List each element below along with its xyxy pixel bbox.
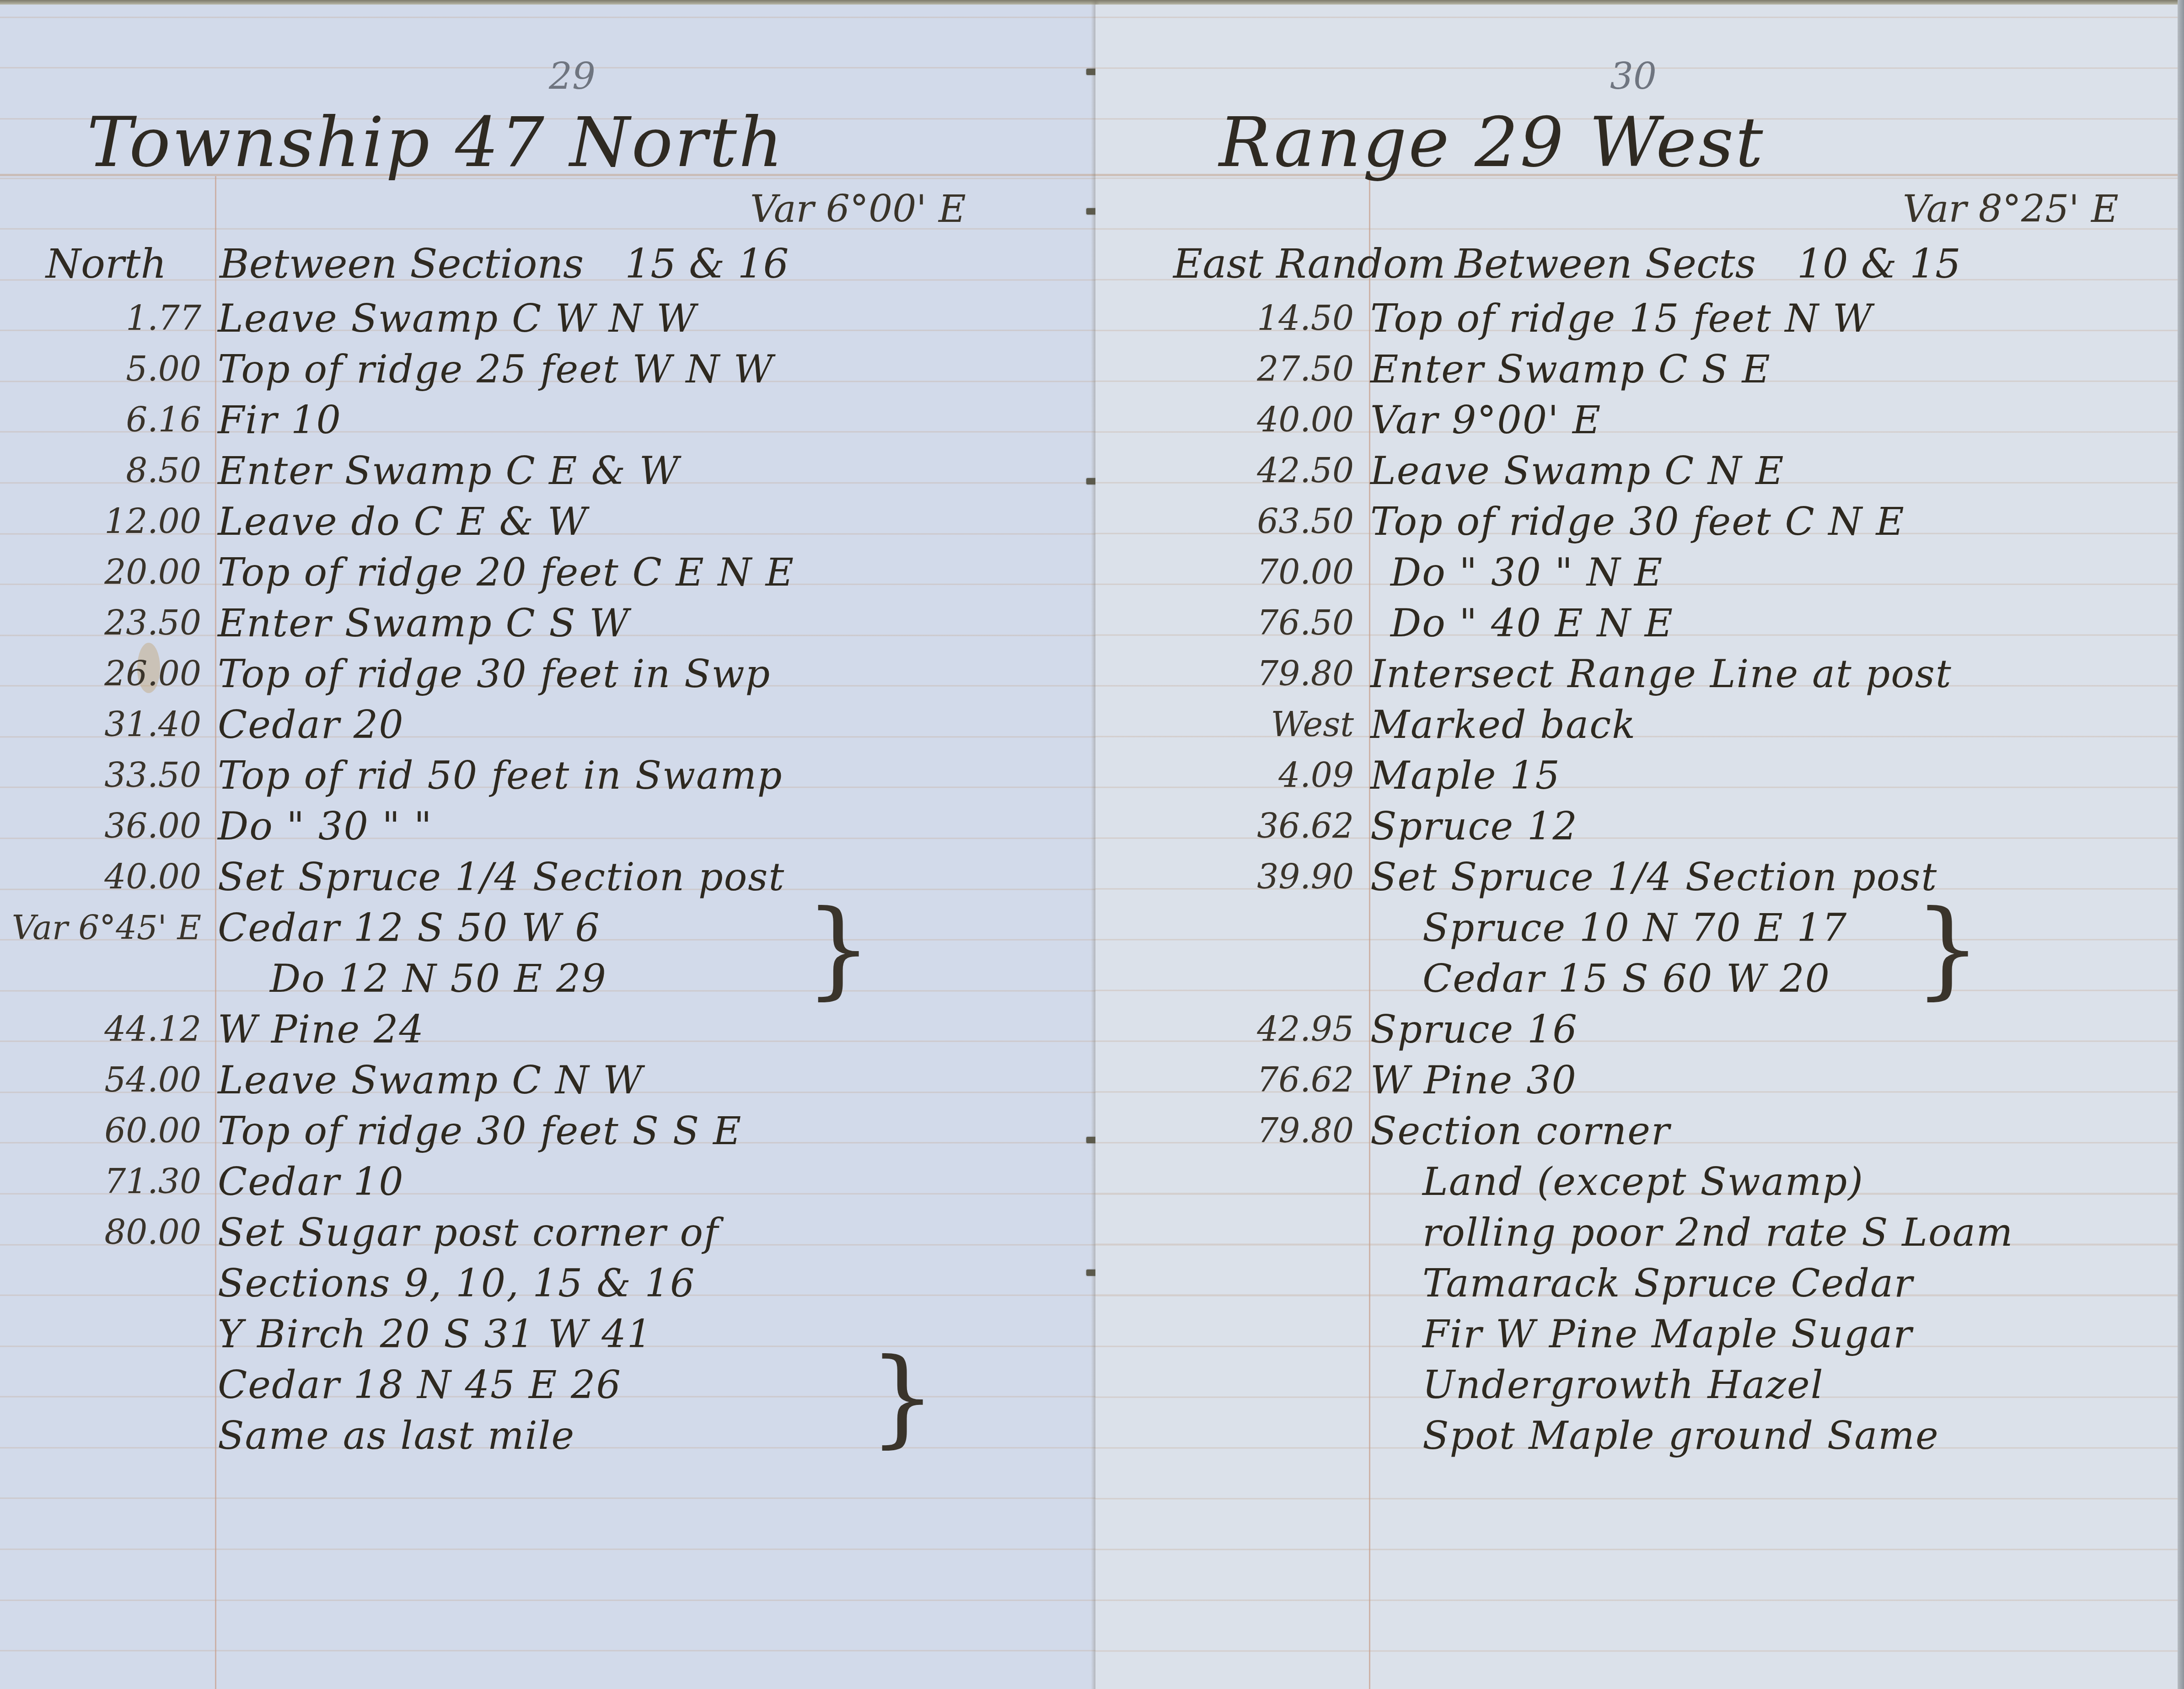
entry-note: Y Birch 20 S 31 W 41: [218, 1312, 652, 1356]
entry-note: Section corner: [1370, 1108, 1670, 1153]
summary-line: Fir W Pine Maple Sugar: [1095, 1308, 2178, 1359]
notebook-spread: 29 Township 47 North Var 6°00' E North B…: [0, 0, 2184, 1689]
entry-row: 8.50Enter Swamp C E & W: [0, 445, 1095, 496]
entry-note: Sections 9, 10, 15 & 16: [218, 1261, 695, 1306]
entry-distance: 12.00: [0, 502, 201, 541]
entry-distance: 44.12: [0, 1010, 201, 1049]
entry-distance: 40.00: [0, 857, 201, 897]
entries-list: 1.77Leave Swamp C W N W 5.00Top of ridge…: [0, 293, 1095, 1461]
entry-note: Cedar 20: [218, 702, 404, 747]
entry-distance: 20.00: [0, 553, 201, 592]
entry-row: 14.50Top of ridge 15 feet N W: [1095, 293, 2178, 344]
entry-note: Marked back: [1370, 702, 1636, 747]
entry-note: Enter Swamp C E & W: [218, 448, 680, 493]
left-page: 29 Township 47 North Var 6°00' E North B…: [0, 5, 1095, 1689]
entry-row: 27.50Enter Swamp C S E: [1095, 344, 2178, 394]
entry-row: 70.00Do " 30 " N E: [1095, 547, 2178, 597]
entry-distance: 36.00: [0, 807, 201, 846]
entry-distance: 39.90: [1095, 857, 1354, 897]
entry-note: Leave Swamp C N E: [1370, 448, 1785, 493]
entry-row: 60.00Top of ridge 30 feet S S E: [0, 1105, 1095, 1156]
page-heading: Township 47 North: [87, 103, 785, 183]
entry-distance: 36.62: [1095, 807, 1354, 846]
entry-row: 23.50Enter Swamp C S W: [0, 597, 1095, 648]
entry-row: 63.50Top of ridge 30 feet C N E: [1095, 496, 2178, 547]
entry-row: 12.00Leave do C E & W: [0, 496, 1095, 547]
entry-note: Same as last mile: [218, 1413, 575, 1458]
entry-distance: 6.16: [0, 400, 201, 440]
summary-line: rolling poor 2nd rate S Loam: [1095, 1207, 2178, 1258]
entry-row: 79.80Section corner: [1095, 1105, 2178, 1156]
entry-direction-label: West: [1095, 705, 1354, 744]
summary-text: rolling poor 2nd rate S Loam: [1422, 1210, 2013, 1255]
entry-distance: 54.00: [0, 1060, 201, 1100]
entry-distance: 33.50: [0, 756, 201, 795]
entry-row: 80.00Set Sugar post corner of: [0, 1207, 1095, 1258]
entry-note: Set Spruce 1/4 Section post: [218, 855, 785, 899]
bearing-tree-brace: }: [805, 897, 872, 1002]
entry-row: 1.77Leave Swamp C W N W: [0, 293, 1095, 344]
entry-row: 76.50Do " 40 E N E: [1095, 597, 2178, 648]
entry-note: Top of ridge 30 feet S S E: [218, 1108, 742, 1153]
entry-note: Top of ridge 30 feet C N E: [1370, 499, 1905, 544]
entry-row: 6.16Fir 10: [0, 394, 1095, 445]
entry-row: 4.09Maple 15: [1095, 750, 2178, 801]
entry-note: Do " 40 E N E: [1390, 601, 1674, 645]
entry-distance: 42.95: [1095, 1010, 1354, 1049]
line-direction: East Random: [1173, 240, 1445, 287]
entry-row: 5.00Top of ridge 25 feet W N W: [0, 344, 1095, 394]
entry-distance: 42.50: [1095, 451, 1354, 490]
entry-note: Intersect Range Line at post: [1370, 651, 1952, 696]
entry-row: 40.00Set Spruce 1/4 Section post: [0, 851, 1095, 902]
entry-row: 42.95Spruce 16: [1095, 1004, 2178, 1054]
entries-list: 14.50Top of ridge 15 feet N W 27.50Enter…: [1095, 293, 2178, 1461]
entry-distance: 79.80: [1095, 1111, 1354, 1151]
entry-distance: 80.00: [0, 1213, 201, 1252]
entry-row: 33.50Top of rid 50 feet in Swamp: [0, 750, 1095, 801]
entry-note: Fir 10: [218, 398, 342, 442]
summary-line: Spot Maple ground Same: [1095, 1410, 2178, 1461]
entry-row: Cedar 15 S 60 W 20: [1095, 953, 2178, 1004]
entry-note: Cedar 12 S 50 W 6: [218, 905, 601, 950]
bearing-tree-brace: }: [1914, 897, 1981, 1002]
line-description: Between Sects: [1454, 240, 1755, 287]
line-header: East Random Between Sects 10 & 15: [1173, 240, 1961, 287]
entry-row: 40.00Var 9°00' E: [1095, 394, 2178, 445]
entry-note: Leave Swamp C W N W: [218, 296, 697, 341]
entry-note: Cedar 15 S 60 W 20: [1422, 956, 1830, 1001]
entry-note: Leave do C E & W: [218, 499, 588, 544]
entry-row: 79.80Intersect Range Line at post: [1095, 648, 2178, 699]
entry-row: 26.00Top of ridge 30 feet in Swp: [0, 648, 1095, 699]
entry-row: 42.50Leave Swamp C N E: [1095, 445, 2178, 496]
entry-distance: 71.30: [0, 1162, 201, 1201]
entry-note: Set Spruce 1/4 Section post: [1370, 855, 1937, 899]
summary-text: Fir W Pine Maple Sugar: [1422, 1312, 1913, 1356]
entry-note: Spruce 12: [1370, 804, 1578, 849]
entry-note: Var 9°00' E: [1370, 398, 1601, 442]
entry-variation-label: Var 6°45' E: [0, 909, 201, 947]
line-sections: 15 & 16: [625, 240, 789, 287]
entry-row: Var 6°45' ECedar 12 S 50 W 6: [0, 902, 1095, 953]
entry-distance: 14.50: [1095, 299, 1354, 338]
compass-variation: Var 8°25' E: [1903, 188, 2119, 231]
entry-distance: 63.50: [1095, 502, 1354, 541]
line-description: Between Sections: [220, 240, 584, 287]
entry-note: Maple 15: [1370, 753, 1561, 798]
entry-distance: 4.09: [1095, 756, 1354, 795]
entry-note: W Pine 24: [218, 1007, 424, 1052]
entry-row: 76.62W Pine 30: [1095, 1054, 2178, 1105]
entry-row: 54.00Leave Swamp C N W: [0, 1054, 1095, 1105]
line-sections: 10 & 15: [1797, 240, 1961, 287]
entry-note: Enter Swamp C S E: [1370, 347, 1771, 392]
entry-row: 31.40Cedar 20: [0, 699, 1095, 750]
summary-text: Tamarack Spruce Cedar: [1422, 1261, 1913, 1306]
entry-distance: 1.77: [0, 299, 201, 338]
entry-note: Top of ridge 15 feet N W: [1370, 296, 1873, 341]
entry-distance: 26.00: [0, 654, 201, 694]
entry-note: Do 12 N 50 E 29: [270, 956, 607, 1001]
entry-row: 39.90Set Spruce 1/4 Section post: [1095, 851, 2178, 902]
entry-note: Cedar 18 N 45 E 26: [218, 1362, 622, 1407]
page-number: 29: [549, 55, 596, 97]
entry-row: Spruce 10 N 70 E 17: [1095, 902, 2178, 953]
entry-note: Top of ridge 25 feet W N W: [218, 347, 774, 392]
land-summary: Land (except Swamp) rolling poor 2nd rat…: [1095, 1156, 2178, 1461]
bearing-tree-brace: }: [869, 1345, 936, 1450]
entry-note: Do " 30 " N E: [1390, 550, 1663, 595]
entry-distance: 60.00: [0, 1111, 201, 1151]
entry-row: 36.62Spruce 12: [1095, 801, 2178, 851]
entry-note: Spruce 16: [1370, 1007, 1578, 1052]
entry-note: Spruce 10 N 70 E 17: [1422, 905, 1847, 950]
entry-distance: 23.50: [0, 603, 201, 643]
summary-text: Spot Maple ground Same: [1422, 1413, 1939, 1458]
entry-note: Enter Swamp C S W: [218, 601, 630, 645]
entry-note: Top of ridge 30 feet in Swp: [218, 651, 771, 696]
entry-row: 71.30Cedar 10: [0, 1156, 1095, 1207]
entry-note: Leave Swamp C N W: [218, 1058, 644, 1103]
summary-line: Undergrowth Hazel: [1095, 1359, 2178, 1410]
summary-line: Tamarack Spruce Cedar: [1095, 1258, 2178, 1308]
entry-distance: 27.50: [1095, 350, 1354, 389]
entry-note: Do " 30 " ": [218, 804, 433, 849]
entry-note: Set Sugar post corner of: [218, 1210, 719, 1255]
entry-note: W Pine 30: [1370, 1058, 1577, 1103]
entry-note: Cedar 10: [218, 1159, 404, 1204]
book-right-edge: [2178, 0, 2184, 1689]
entry-distance: 8.50: [0, 451, 201, 490]
summary-line: Land (except Swamp): [1095, 1156, 2178, 1207]
entry-row: Sections 9, 10, 15 & 16: [0, 1258, 1095, 1308]
page-number: 30: [1610, 55, 1657, 97]
entry-distance: 40.00: [1095, 400, 1354, 440]
entry-note: Top of rid 50 feet in Swamp: [218, 753, 783, 798]
line-direction: North: [46, 240, 215, 287]
compass-variation: Var 6°00' E: [750, 188, 966, 231]
entry-distance: 31.40: [0, 705, 201, 744]
entry-row: Do 12 N 50 E 29: [0, 953, 1095, 1004]
line-header: North Between Sections 15 & 16: [46, 240, 789, 287]
entry-note: Top of ridge 20 feet C E N E: [218, 550, 794, 595]
entry-distance: 79.80: [1095, 654, 1354, 694]
summary-text: Land (except Swamp): [1422, 1159, 1864, 1204]
entry-row: 20.00Top of ridge 20 feet C E N E: [0, 547, 1095, 597]
entry-row: 44.12W Pine 24: [0, 1004, 1095, 1054]
entry-distance: 76.50: [1095, 603, 1354, 643]
entry-distance: 70.00: [1095, 553, 1354, 592]
entry-row: 36.00Do " 30 " ": [0, 801, 1095, 851]
summary-text: Undergrowth Hazel: [1422, 1362, 1824, 1407]
entry-distance: 5.00: [0, 350, 201, 389]
page-heading: Range 29 West: [1219, 103, 1765, 183]
entry-row: WestMarked back: [1095, 699, 2178, 750]
entry-distance: 76.62: [1095, 1060, 1354, 1100]
right-page: 30 Range 29 West Var 8°25' E East Random…: [1095, 5, 2178, 1689]
